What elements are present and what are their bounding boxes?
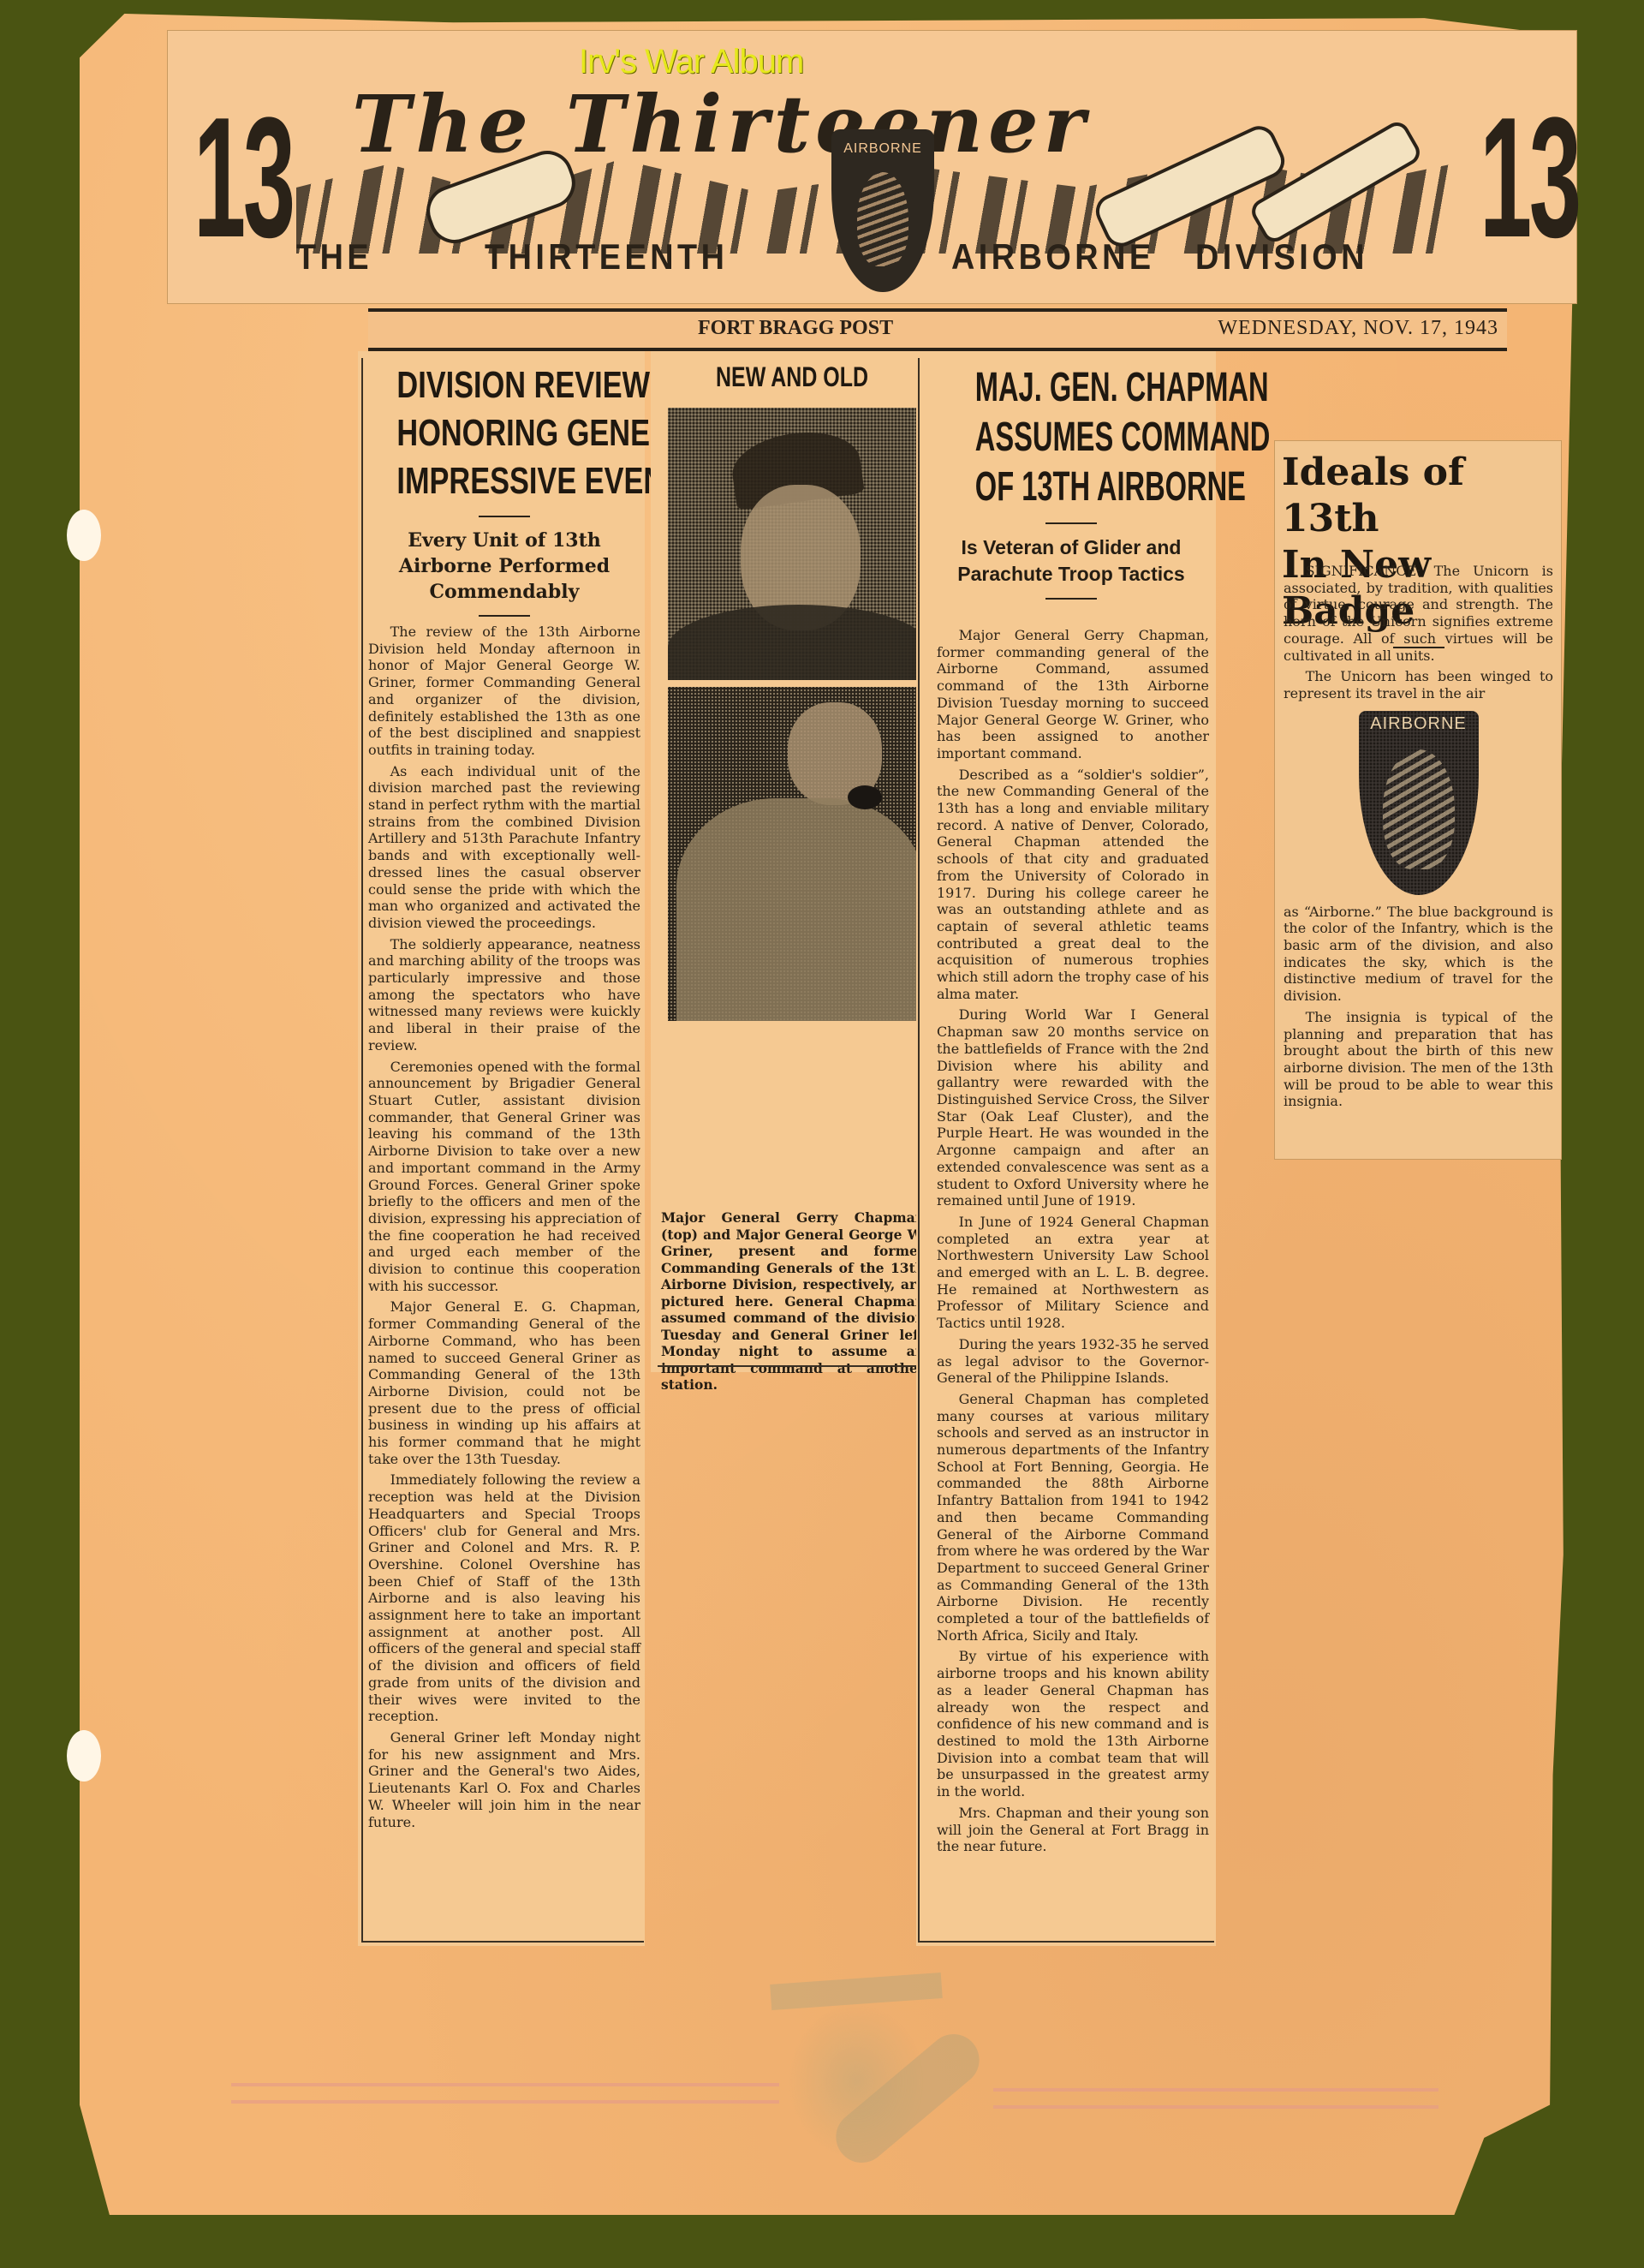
article-end-rule	[658, 1365, 930, 1367]
binder-hole-top	[67, 510, 101, 561]
photo-griner	[668, 687, 929, 1021]
division-word: THIRTEENTH	[485, 236, 728, 278]
telephone-icon	[848, 785, 882, 809]
divider	[1045, 598, 1097, 600]
headline-line: Ideals of 13th	[1282, 450, 1556, 542]
paragraph: General Chapman has completed many cours…	[937, 1391, 1209, 1644]
bleed-through-line	[231, 2083, 779, 2086]
winged-unicorn-icon	[1383, 749, 1455, 869]
number-13-right: 13	[1480, 93, 1579, 264]
paragraph: The Unicorn has been winged to represent…	[1284, 668, 1553, 701]
headline-line: HONORING GENERAL	[396, 409, 611, 457]
newspaper-name: FORT BRAGG POST	[698, 317, 893, 340]
photo-chapman	[668, 408, 929, 680]
paragraph: Described as a “soldier's soldier”, the …	[937, 767, 1209, 1003]
binder-hole-bottom	[67, 1730, 101, 1782]
paragraph: General Griner left Monday night for his…	[368, 1729, 640, 1830]
division-review-clipping: DIVISION REVIEW HONORING GENERAL IMPRESS…	[358, 351, 645, 1946]
unicorn-icon	[857, 172, 908, 266]
article-deck: Every Unit of 13th Airborne Performed Co…	[366, 528, 642, 605]
headline-line: IMPRESSIVE EVENT	[396, 457, 611, 505]
paragraph: In June of 1924 General Chapman complete…	[937, 1214, 1209, 1332]
division-word: THE	[296, 236, 372, 278]
divider	[479, 615, 530, 617]
bleed-through-line	[231, 2100, 779, 2104]
column-rule	[918, 358, 920, 1943]
divider	[479, 516, 530, 517]
paragraph: Major General E. G. Chapman, former Comm…	[368, 1298, 640, 1467]
paragraph: The insignia is typical of the planning …	[1284, 1009, 1553, 1110]
airborne-badge-icon: AIRBORNE	[831, 129, 934, 292]
unicorn-insignia-icon: AIRBORNE	[1359, 711, 1479, 895]
ideals-clipping: Ideals of 13th In New Badge SIGNIFICANCE…	[1274, 440, 1562, 1160]
chapman-clipping: MAJ. GEN. CHAPMAN ASSUMES COMMAND OF 13T…	[916, 351, 1216, 1946]
division-word: DIVISION	[1195, 236, 1368, 278]
uniform-shape	[668, 605, 929, 680]
article-body: Major General Gerry Chapman, former comm…	[937, 627, 1209, 1859]
uniform-shape	[676, 798, 925, 1021]
paragraph: As each individual unit of the division …	[368, 763, 640, 932]
paragraph: as “Airborne.” The blue background is th…	[1284, 904, 1553, 1005]
paragraph: Major General Gerry Chapman, former comm…	[937, 627, 1209, 762]
article-end-rule	[361, 1941, 644, 1943]
paragraph: Ceremonies opened with the formal announ…	[368, 1059, 640, 1295]
masthead-clipping: Irv's War Album 13 13 The Thirteener AIR…	[167, 30, 1577, 304]
divider	[1045, 522, 1097, 524]
division-word: AIRBORNE	[951, 236, 1155, 278]
article-body: SIGNIFICANCE: The Unicorn is associated,…	[1284, 563, 1553, 1114]
publication-date: WEDNESDAY, NOV. 17, 1943	[1218, 317, 1498, 340]
bleed-through-emblem	[719, 1944, 1079, 2167]
headline-line: ASSUMES COMMAND	[975, 413, 1167, 463]
insignia-tab-text: AIRBORNE	[1359, 716, 1479, 733]
article-body: The review of the 13th Airborne Division…	[368, 624, 640, 1835]
new-and-old-clipping: NEW AND OLD Major General Gerry Chapman …	[651, 351, 933, 1372]
paragraph: Immediately following the review a recep…	[368, 1471, 640, 1725]
headline-line: OF 13TH AIRBORNE	[975, 463, 1167, 512]
headline-line: MAJ. GEN. CHAPMAN	[975, 363, 1167, 413]
masthead-script-title: The Thirteener	[352, 78, 1090, 170]
number-13-left: 13	[194, 93, 293, 264]
paragraph: SIGNIFICANCE: The Unicorn is associated,…	[1284, 563, 1553, 664]
paragraph: During World War I General Chapman saw 2…	[937, 1006, 1209, 1209]
paragraph: The soldierly appearance, neatness and m…	[368, 936, 640, 1054]
article-end-rule	[918, 1941, 1214, 1943]
paragraph: By virtue of his experience with airborn…	[937, 1648, 1209, 1799]
column-rule	[361, 358, 363, 1943]
dateline-bar: FORT BRAGG POST WEDNESDAY, NOV. 17, 1943	[368, 308, 1507, 351]
paragraph: The review of the 13th Airborne Division…	[368, 624, 640, 759]
paragraph: Mrs. Chapman and their young son will jo…	[937, 1805, 1209, 1855]
paragraph: During the years 1932-35 he served as le…	[937, 1336, 1209, 1387]
headline-line: DIVISION REVIEW	[396, 361, 611, 409]
article-deck: Is Veteran of Glider and Parachute Troop…	[930, 534, 1212, 588]
photo-headline: NEW AND OLD	[682, 360, 902, 394]
album-title: Irv's War Album	[579, 43, 803, 81]
